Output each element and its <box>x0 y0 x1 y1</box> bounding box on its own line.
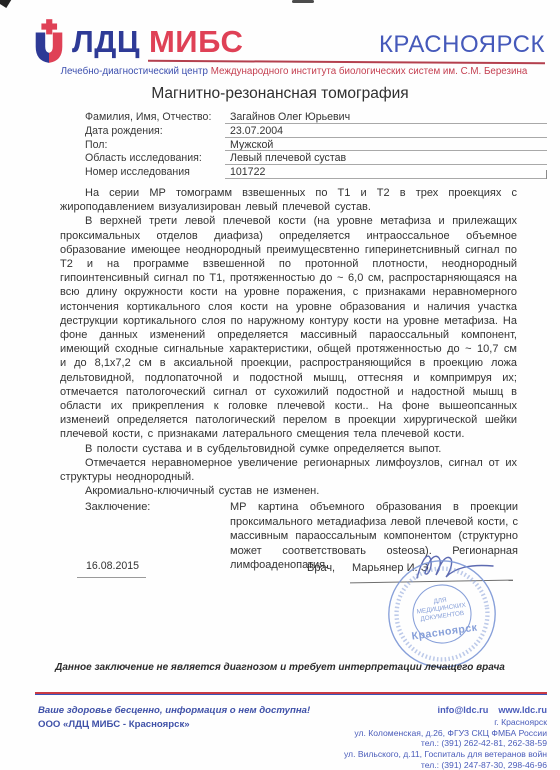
footer-address-line: тел.: (391) 247-87-30, 298-46-96 <box>344 760 547 770</box>
footer-company: ООО «ЛДЦ МИБС - Красноярск» <box>38 718 310 731</box>
clinic-logo-text: ЛДЦМИБС <box>72 24 243 60</box>
field-label-name: Фамилия, Имя, Отчество: <box>85 111 211 123</box>
doctor-label: Врач, <box>307 562 335 574</box>
tagline-part-blue: Лечебно-диагностический центр <box>61 66 211 77</box>
branch-city: КРАСНОЯРСК <box>379 31 545 59</box>
conclusion-label: Заключение: <box>85 500 150 515</box>
field-label-study-area: Область исследования: <box>85 152 202 164</box>
report-paragraph: Отмечается неравномерное увеличение реги… <box>60 456 517 484</box>
clinic-stamp: ДЛЯ МЕДИЦИНСКИХ ДОКУМЕНТОВ Красноярск <box>376 548 507 679</box>
field-value-study-area: Левый плечевой сустав <box>230 152 346 164</box>
report-paragraph: В верхней трети левой плечевой кости (на… <box>60 214 517 441</box>
logo-mibs: МИБС <box>149 24 243 59</box>
footer-email: info@ldc.ru <box>438 705 489 715</box>
field-underline-tick <box>546 170 547 179</box>
scan-artifact-top <box>292 0 314 3</box>
field-label-study-number: Номер исследования <box>85 166 190 178</box>
footer-left-block: Ваше здоровье бесценно, информация о нем… <box>38 704 310 731</box>
footer-address-line: ул. Вильского, д.11, Госпиталь для ветер… <box>344 749 547 760</box>
field-value-name: Загайнов Олег Юрьевич <box>230 111 350 123</box>
logo-ldc: ЛДЦ <box>72 24 140 59</box>
tagline-part-red: Международного института биологических с… <box>211 66 528 77</box>
mri-report-page: ЛДЦМИБС КРАСНОЯРСК Лечебно-диагностическ… <box>0 0 560 770</box>
report-paragraph: В полости сустава и в субдельтовидной су… <box>60 442 517 456</box>
scan-artifact-corner <box>0 0 12 8</box>
patient-field-row: Фамилия, Имя, Отчество: Загайнов Олег Юр… <box>85 110 547 124</box>
footer-address-line: ул. Коломенская, д.26, ФГУЗ СКЦ ФМБА Рос… <box>344 728 547 739</box>
field-label-sex: Пол: <box>85 139 107 151</box>
patient-info-block: Фамилия, Имя, Отчество: Загайнов Олег Юр… <box>85 110 547 179</box>
disclaimer-text: Данное заключение не является диагнозом … <box>0 662 560 673</box>
report-paragraph: Акромиально-ключичный сустав не изменен. <box>60 484 517 498</box>
report-date: 16.08.2015 <box>86 560 139 572</box>
footer-web-line: info@ldc.ruwww.ldc.ru <box>344 705 547 716</box>
patient-field-row: Дата рождения: 23.07.2004 <box>85 124 547 138</box>
footer-website: www.ldc.ru <box>498 705 547 715</box>
report-paragraph: На серии МР томограмм взвешенных по Т1 и… <box>60 186 517 214</box>
stamp-city: Красноярск <box>411 622 479 643</box>
field-value-sex: Мужской <box>230 139 273 151</box>
footer-divider <box>35 692 547 695</box>
document-title: Магнитно-резонансная томография <box>0 85 560 103</box>
patient-field-row: Пол: Мужской <box>85 138 547 152</box>
patient-field-row: Номер исследования 101722 <box>85 165 547 179</box>
footer-contacts-block: info@ldc.ruwww.ldc.ru г. Красноярск ул. … <box>344 705 547 770</box>
patient-field-row: Область исследования: Левый плечевой сус… <box>85 151 547 165</box>
report-body: На серии МР томограмм взвешенных по Т1 и… <box>60 186 517 498</box>
field-value-study-number: 101722 <box>230 166 265 178</box>
header-rule <box>148 60 545 64</box>
field-value-birthdate: 23.07.2004 <box>230 125 283 137</box>
footer-address-line: г. Красноярск <box>344 717 547 728</box>
clinic-logo-icon <box>30 18 68 71</box>
footer-address-line: тел.: (391) 262-42-81, 262-38-59 <box>344 738 547 749</box>
footer-divider-blue <box>35 694 547 696</box>
date-underline <box>77 577 146 578</box>
field-label-birthdate: Дата рождения: <box>85 125 163 137</box>
footer-slogan: Ваше здоровье бесценно, информация о нем… <box>38 704 310 717</box>
field-underline <box>225 178 547 179</box>
clinic-tagline: Лечебно-диагностический центр Международ… <box>40 66 548 77</box>
